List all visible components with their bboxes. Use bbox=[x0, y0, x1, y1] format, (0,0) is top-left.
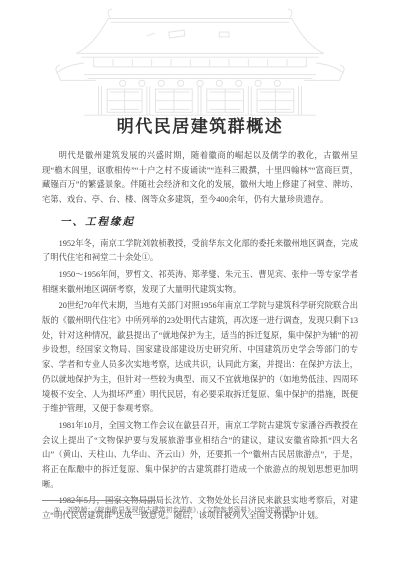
document-body: 明代是徽州建筑发展的兴盛时期，随着徽商的崛起以及儒学的教化，古徽州呈现“檐木闾里… bbox=[42, 149, 358, 524]
footnote-divider bbox=[42, 500, 156, 501]
paragraph-1952: 1952年冬，南京工学院刘敦桢教授，受前华东文化部的委托来徽州地区调查，完成了明… bbox=[42, 237, 358, 266]
footnote-area: ①刘敦桢：《皖南歙县发现的古建筑初步调查》，《文物参考资料》1953年第3期。 bbox=[42, 500, 358, 516]
footnote: ①刘敦桢：《皖南歙县发现的古建筑初步调查》，《文物参考资料》1953年第3期。 bbox=[42, 506, 358, 516]
page-title: 明代民居建筑群概述 bbox=[0, 112, 400, 137]
intro-paragraph: 明代是徽州建筑发展的兴盛时期，随着徽商的崛起以及儒学的教化，古徽州呈现“檐木闾里… bbox=[42, 149, 358, 208]
document-page: 明代民居建筑群概述 明代是徽州建筑发展的兴盛时期，随着徽商的崛起以及儒学的教化，… bbox=[0, 0, 400, 564]
paragraph-1970s: 20世纪70年代末期，当地有关部门对照1956年南京工学院与建筑科学研究院联合出… bbox=[42, 299, 358, 417]
footnote-text: 刘敦桢：《皖南歙县发现的古建筑初步调查》，《文物参考资料》1953年第3期。 bbox=[67, 507, 298, 514]
building-line-drawing-watermark bbox=[55, 4, 345, 122]
paragraph-1950-1956: 1950～1956年间，罗哲文、祁英涛、郑孝燮、朱元玉、曹见宾、张仲一等专家学者… bbox=[42, 268, 358, 297]
footnote-marker: ① bbox=[54, 507, 60, 514]
section-heading: 一、工程缘起 bbox=[60, 216, 358, 231]
paragraph-1981: 1981年10月，全国文物工作会议在歙县召开，南京工学院古建筑专家潘谷西教授在会… bbox=[42, 419, 358, 493]
